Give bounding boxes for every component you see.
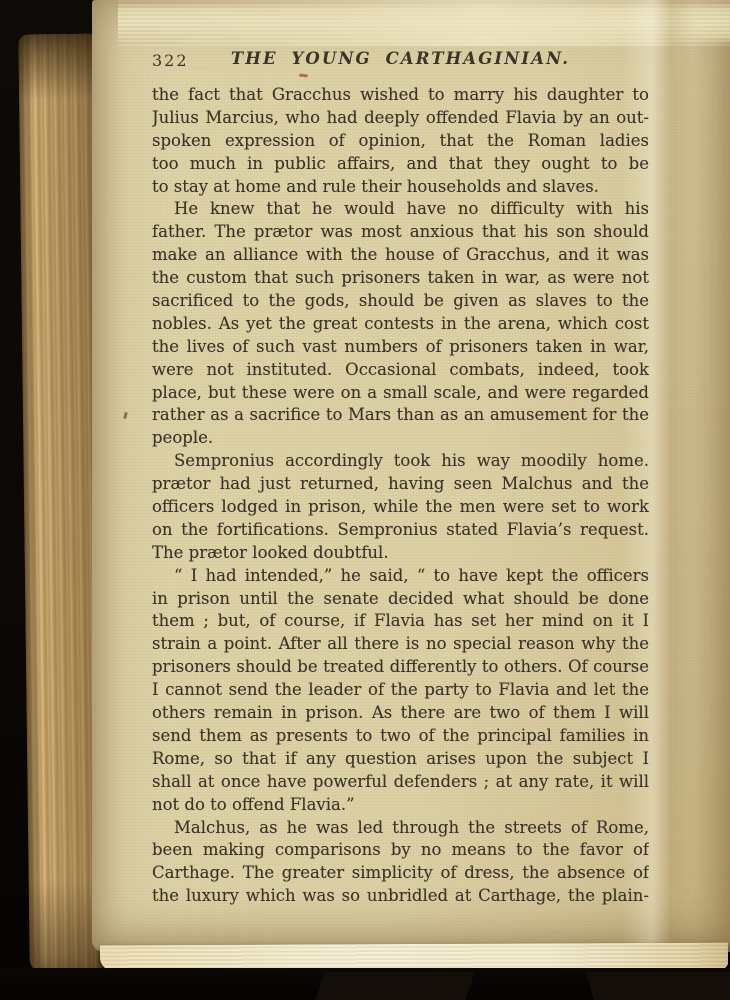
text-line: Carthage. The greater simplicity of dres… xyxy=(152,862,649,885)
page-header-row: 322 THE YOUNG CARTHAGINIAN. xyxy=(152,49,649,73)
text-line: I cannot send the leader of the party to… xyxy=(152,679,649,702)
paragraph: Sempronius accordingly took his way mood… xyxy=(152,450,649,564)
book-cradle-arm xyxy=(315,972,474,1000)
text-line: prætor had just returned, having seen Ma… xyxy=(152,473,649,496)
paragraph: the fact that Gracchus wished to marry h… xyxy=(152,84,649,198)
text-line: make an alliance with the house of Gracc… xyxy=(152,244,649,267)
text-line: the lives of such vast numbers of prison… xyxy=(152,336,649,359)
text-line: them ; but, of course, if Flavia has set… xyxy=(152,610,649,633)
text-line: too much in public affairs, and that the… xyxy=(152,153,649,176)
text-line: were not instituted. Occasional combats,… xyxy=(152,359,649,382)
text-line: father. The prætor was most anxious that… xyxy=(152,221,649,244)
text-line: people. xyxy=(152,427,649,450)
book-page-edges-left xyxy=(18,34,103,975)
text-line: on the fortifications. Sempronius stated… xyxy=(152,519,649,542)
text-line: Rome, so that if any question arises upo… xyxy=(152,748,649,771)
text-line: spoken expression of opinion, that the R… xyxy=(152,130,649,153)
text-line: place, but these were on a small scale, … xyxy=(152,382,649,405)
text-line: prisoners should be treated differently … xyxy=(152,656,649,679)
page-number: 322 xyxy=(152,51,189,70)
text-line: “ I had intended,” he said, “ to have ke… xyxy=(152,565,649,588)
margin-speck xyxy=(123,412,128,420)
text-line: shall at once have powerful defenders ; … xyxy=(152,771,649,794)
text-line: nobles. As yet the great contests in the… xyxy=(152,313,649,336)
text-line: Malchus, as he was led through the stree… xyxy=(152,817,649,840)
text-line: the luxury which was so unbridled at Car… xyxy=(152,885,649,908)
text-line: officers lodged in prison, while the men… xyxy=(152,496,649,519)
table-shadow xyxy=(0,968,730,1000)
text-line: rather as a sacrifice to Mars than as an… xyxy=(152,404,649,427)
print-smudge xyxy=(299,73,308,77)
text-line: in prison until the senate decided what … xyxy=(152,588,649,611)
book-page: 322 THE YOUNG CARTHAGINIAN. the fact tha… xyxy=(92,0,730,952)
text-line: others remain in prison. As there are tw… xyxy=(152,702,649,725)
book-cradle-arm xyxy=(586,972,730,1000)
text-line: sacrificed to the gods, should be given … xyxy=(152,290,649,313)
paragraph: Malchus, as he was led through the stree… xyxy=(152,817,649,909)
text-line: The prætor looked doubtful. xyxy=(152,542,649,565)
text-line: He knew that he would have no difficulty… xyxy=(152,198,649,221)
text-line: send them as presents to two of the prin… xyxy=(152,725,649,748)
running-header: THE YOUNG CARTHAGINIAN. xyxy=(152,49,649,68)
text-line: the fact that Gracchus wished to marry h… xyxy=(152,84,649,107)
text-line: strain a point. After all there is no sp… xyxy=(152,633,649,656)
text-line: Julius Marcius, who had deeply offended … xyxy=(152,107,649,130)
text-line: to stay at home and rule their household… xyxy=(152,176,649,199)
text-line: been making comparisons by no means to t… xyxy=(152,839,649,862)
page-text: the fact that Gracchus wished to marry h… xyxy=(152,84,649,908)
book-photo: 322 THE YOUNG CARTHAGINIAN. the fact tha… xyxy=(0,0,730,1000)
text-line: not do to offend Flavia.” xyxy=(152,794,649,817)
paragraph: He knew that he would have no difficulty… xyxy=(152,198,649,450)
paragraph: “ I had intended,” he said, “ to have ke… xyxy=(152,565,649,817)
text-line: the custom that such prisoners taken in … xyxy=(152,267,649,290)
text-line: Sempronius accordingly took his way mood… xyxy=(152,450,649,473)
